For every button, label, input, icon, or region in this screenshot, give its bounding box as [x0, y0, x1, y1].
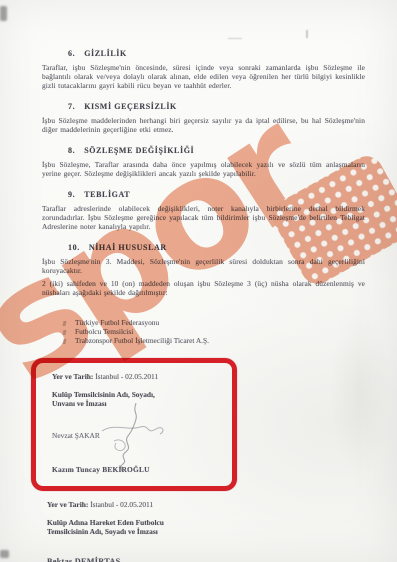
section-number: 9. [68, 190, 75, 199]
club-date-line: Yer ve Tarih: İstanbul - 02.05.2011 [52, 372, 232, 381]
date-label: Yer ve Tarih: [52, 372, 93, 381]
list-item: Trabzonspor Futbol İşletmeciliği Ticaret… [75, 337, 365, 346]
section-title: TEBLİGAT [84, 190, 130, 199]
section-body-10b: 2 (iki) sahifeden ve 10 (on) maddeden ol… [42, 279, 365, 297]
section-body-9: Taraflar adreslerinde olabilecek değişik… [42, 204, 365, 231]
section-heading-7: 7.KISMİ GEÇERSİZLİK [68, 102, 365, 111]
copy-distribution-list: Türkiye Futbol Federasyonu Futbolcu Tems… [75, 319, 365, 345]
player-name: Bektaş DEMİRTAŞ [47, 557, 365, 562]
player-signature-block: Yer ve Tarih: İstanbul - 02.05.2011 Kulü… [47, 500, 365, 562]
section-heading-10: 10.NİHAİ HUSUSLAR [68, 243, 365, 252]
section-body-6: Taraflar, işbu Sözleşme'nin öncesinde, s… [42, 63, 365, 90]
highlight-annotation-box: Yer ve Tarih: İstanbul - 02.05.2011 Kulü… [31, 358, 237, 491]
date-label: Yer ve Tarih: [47, 500, 88, 509]
signature-scribble [94, 401, 204, 473]
section-body-7: İşbu Sözleşme maddelerinden herhangi bir… [42, 116, 365, 134]
player-label-line2: Temsilcisinin Adı, Soyadı ve İmzası [47, 527, 365, 536]
document-content: 6.GİZLİLİK Taraflar, işbu Sözleşme'nin ö… [0, 0, 397, 562]
section-title: NİHAİ HUSUSLAR [89, 243, 167, 252]
section-title: GİZLİLİK [84, 49, 127, 58]
section-title: SÖZLEŞME DEĞİŞİKLİĞİ [84, 146, 194, 155]
scanned-contract-page: 6.GİZLİLİK Taraflar, işbu Sözleşme'nin ö… [0, 0, 397, 562]
section-number: 10. [68, 243, 80, 252]
section-heading-9: 9.TEBLİGAT [68, 190, 365, 199]
section-number: 7. [68, 102, 75, 111]
date-value: İstanbul - 02.05.2011 [90, 500, 153, 509]
section-title: KISMİ GEÇERSİZLİK [84, 102, 177, 111]
section-number: 8. [68, 146, 75, 155]
player-date-line: Yer ve Tarih: İstanbul - 02.05.2011 [47, 500, 365, 509]
section-body-10a: İşbu Sözleşme'nin 3. Maddesi, Sözleşme'n… [42, 257, 365, 275]
section-body-8: İşbu Sözleşme, Taraflar arasında daha ön… [42, 160, 365, 178]
date-value: İstanbul - 02.05.2011 [95, 372, 158, 381]
section-heading-8: 8.SÖZLEŞME DEĞİŞİKLİĞİ [68, 146, 365, 155]
section-heading-6: 6.GİZLİLİK [68, 49, 365, 58]
section-number: 6. [68, 49, 75, 58]
